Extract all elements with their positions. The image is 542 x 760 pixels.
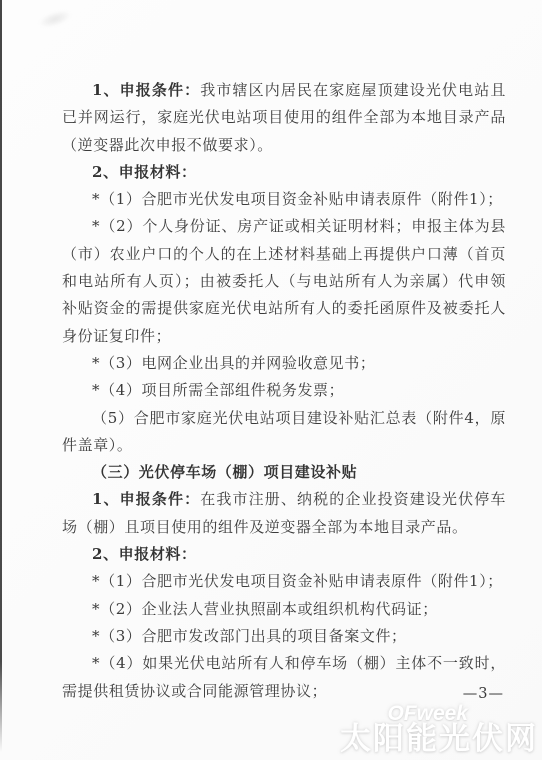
paragraph: 2、申报材料： [62, 541, 506, 568]
paragraph-text: *（2）企业法人营业执照副本或组织机构代码证； [92, 600, 438, 618]
paragraph: *（4）项目所需全部组件税务发票； [62, 377, 506, 404]
scan-edge-line [0, 0, 2, 752]
paragraph-text: （5）合肥市家庭光伏电站项目建设补贴汇总表（附件4，原件盖章）。 [62, 409, 506, 454]
paragraph: *（3）合肥市发改部门出具的项目备案文件； [62, 623, 506, 650]
paragraph-lead: （三）光伏停车场（棚）项目建设补贴 [92, 463, 357, 481]
paragraph-text: *（2）个人身份证、房产证或相关证明材料；申报主体为县（市）农业户口的个人的在上… [62, 217, 506, 344]
paragraph-text: *（1）合肥市光伏发电项目资金补贴申请表原件（附件1）； [92, 190, 503, 208]
watermark-site-name: 太阳能光伏网 [340, 723, 538, 756]
paragraph-lead: 1、申报条件： [92, 490, 200, 508]
page-number: —3— [463, 686, 504, 702]
paragraph-lead: 1、申报条件： [92, 81, 200, 99]
paragraph: 1、申报条件：在我市注册、纳税的企业投资建设光伏停车场（棚）且项目使用的组件及逆… [62, 486, 506, 541]
paragraph-text: *（1）合肥市光伏发电项目资金补贴申请表原件（附件1）； [92, 572, 503, 590]
paragraph: *（1）合肥市光伏发电项目资金补贴申请表原件（附件1）； [62, 568, 506, 595]
paragraph-text: *（3）电网企业出具的并网验收意见书； [92, 354, 375, 372]
paragraph: 2、申报材料： [62, 159, 506, 186]
watermark: OFweek 太阳能光伏网 [340, 703, 538, 756]
document-body: 1、申报条件：我市辖区内居民在家庭屋顶建设光伏电站且已并网运行，家庭光伏电站项目… [62, 77, 506, 705]
watermark-brand-logo: OFweek [340, 703, 468, 725]
paragraph: （5）合肥市家庭光伏电站项目建设补贴汇总表（附件4，原件盖章）。 [62, 405, 506, 460]
paragraph-lead: 2、申报材料： [92, 163, 197, 181]
paragraph-text: *（4）项目所需全部组件税务发票； [92, 381, 344, 399]
paragraph-lead: 2、申报材料： [92, 545, 197, 563]
scanned-document-page: 1、申报条件：我市辖区内居民在家庭屋顶建设光伏电站且已并网运行，家庭光伏电站项目… [0, 0, 542, 760]
paragraph: *（2）企业法人营业执照副本或组织机构代码证； [62, 596, 506, 623]
paragraph: *（2）个人身份证、房产证或相关证明材料；申报主体为县（市）农业户口的个人的在上… [62, 213, 506, 349]
paragraph: 1、申报条件：我市辖区内居民在家庭屋顶建设光伏电站且已并网运行，家庭光伏电站项目… [62, 77, 506, 159]
paragraph-text: *（3）合肥市发改部门出具的项目备案文件； [92, 627, 407, 645]
paragraph-text: *（4）如果光伏电站所有人和停车场（棚）主体不一致时，需提供租赁协议或合同能源管… [62, 654, 506, 699]
paragraph: *（3）电网企业出具的并网验收意见书； [62, 350, 506, 377]
scan-smudge [37, 7, 74, 31]
paragraph: *（4）如果光伏电站所有人和停车场（棚）主体不一致时，需提供租赁协议或合同能源管… [62, 650, 506, 705]
paragraph: *（1）合肥市光伏发电项目资金补贴申请表原件（附件1）； [62, 186, 506, 213]
paragraph: （三）光伏停车场（棚）项目建设补贴 [62, 459, 506, 486]
